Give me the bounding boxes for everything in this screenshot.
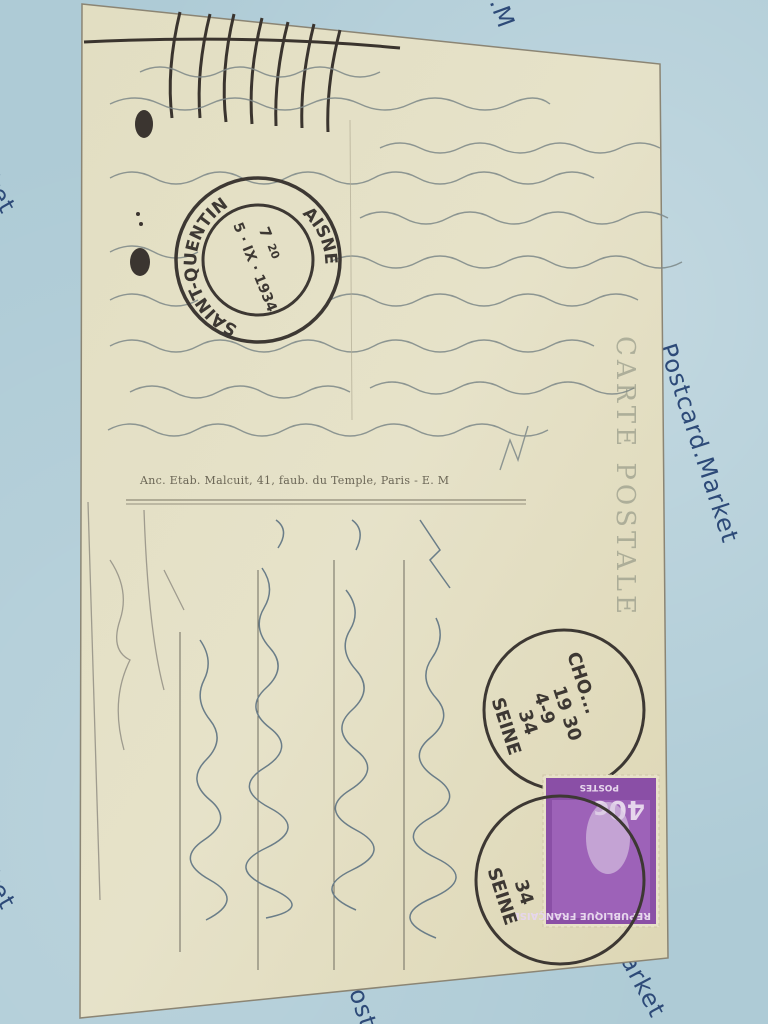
printer-imprint: Anc. Etab. Malcuit, 41, faub. du Temple,… [140, 474, 449, 487]
carte-postale-header: CARTE POSTALE [610, 336, 640, 618]
postcard: SAINT-QUENTIN AISNE 7 20 5 · IX · 1934 C… [0, 0, 768, 1024]
svg-text:REPUBLIQUE FRANÇAISE: REPUBLIQUE FRANÇAISE [513, 910, 651, 921]
postcard-graphic: SAINT-QUENTIN AISNE 7 20 5 · IX · 1934 C… [0, 0, 768, 1024]
svg-text:POSTES: POSTES [580, 782, 620, 792]
